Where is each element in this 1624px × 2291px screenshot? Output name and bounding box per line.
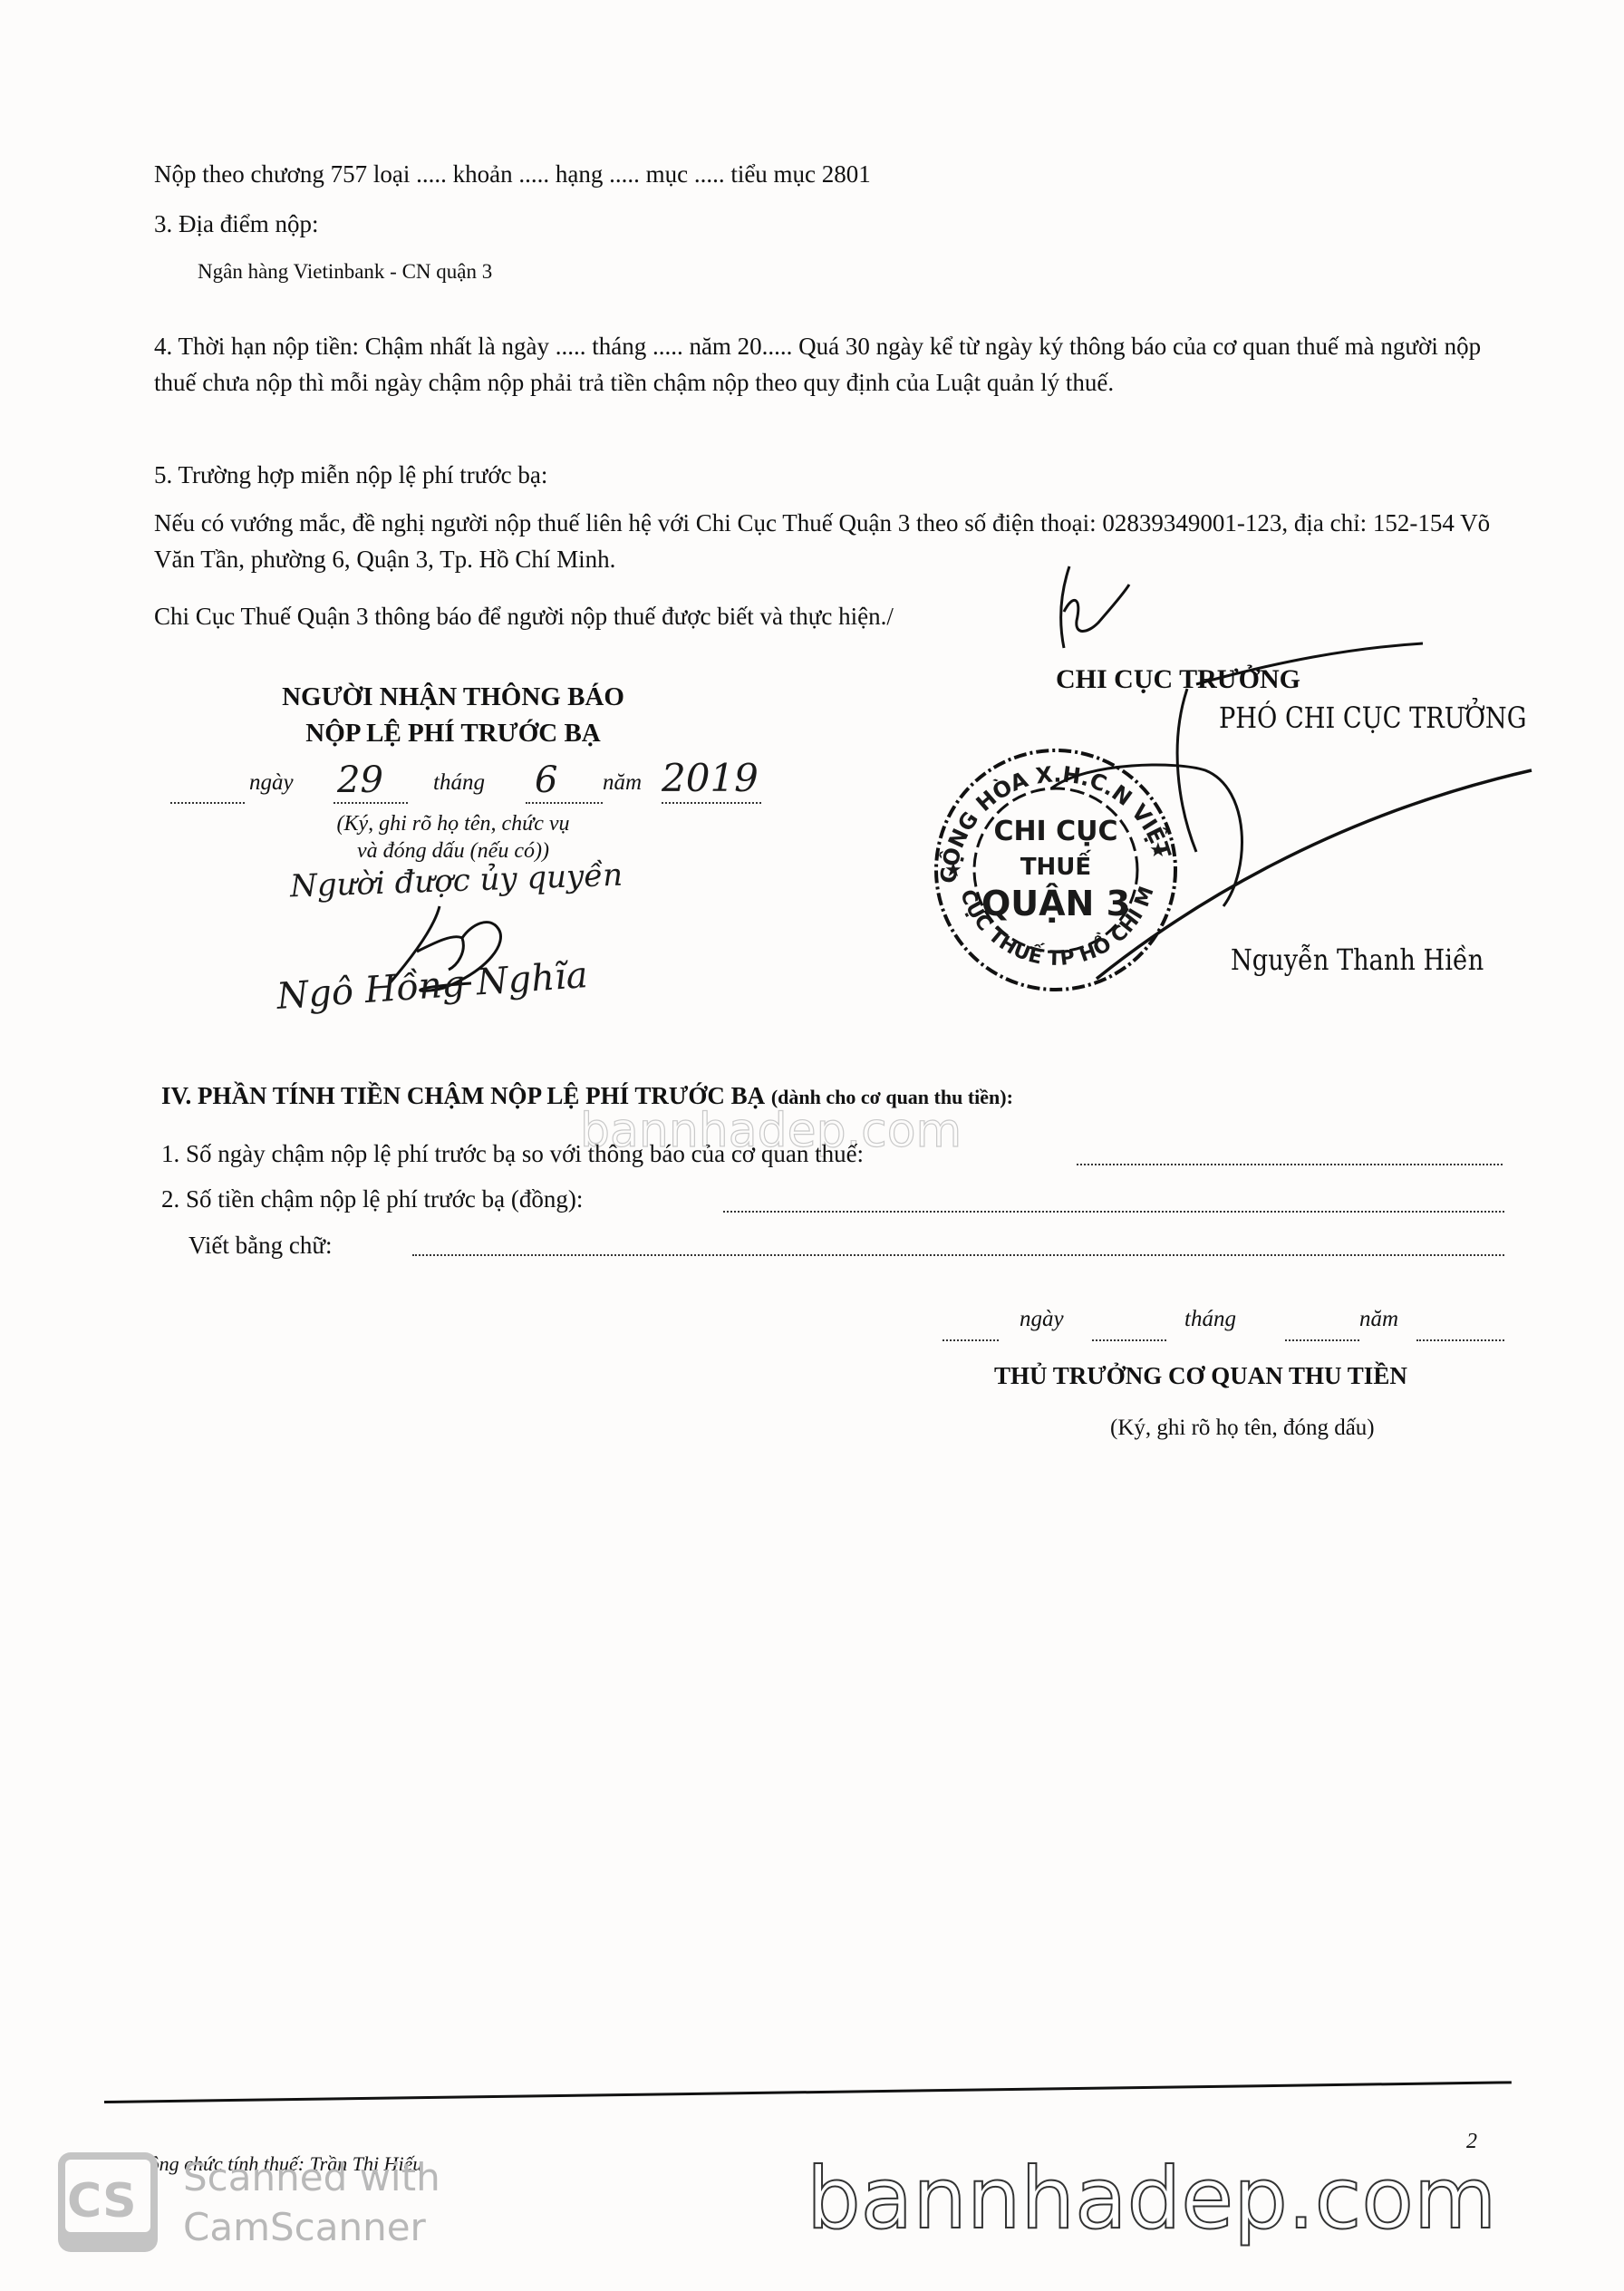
- iv-line1-field[interactable]: [1077, 1164, 1503, 1165]
- notice-text: Chi Cục Thuế Quận 3 thông báo để người n…: [154, 601, 894, 632]
- camscanner-logo: CS: [58, 2152, 158, 2252]
- iv-date-day-label: ngày: [1020, 1307, 1064, 1332]
- date-day-value: 29: [337, 759, 383, 801]
- recipient-title-2: NỘP LỆ PHÍ TRƯỚC BẠ: [217, 716, 689, 750]
- iv-line3-field[interactable]: [412, 1254, 1504, 1256]
- iv-line3-label: Viết bằng chữ:: [188, 1230, 332, 1261]
- iv-date-prefix-line[interactable]: [942, 1339, 999, 1341]
- recipient-title-1: NGƯỜI NHẬN THÔNG BÁO: [217, 680, 689, 714]
- iv-line1-label: 1. Số ngày chậm nộp lệ phí trước bạ so v…: [161, 1138, 864, 1169]
- date-month-line[interactable]: [526, 802, 603, 804]
- chapter-line: Nộp theo chương 757 loại ..... khoản ...…: [154, 159, 871, 189]
- svg-text:bannhadep.com: bannhadep.com: [807, 2150, 1496, 2247]
- iv-signer-note: (Ký, ghi rõ họ tên, đóng dấu): [1110, 1416, 1375, 1441]
- date-prefix-line: [170, 802, 245, 804]
- watermark-large: bannhadep.com: [797, 2148, 1559, 2247]
- camscanner-logo-text: CS: [67, 2174, 137, 2228]
- iv-date-month-line[interactable]: [1285, 1339, 1359, 1341]
- iv-date-month-label: tháng: [1184, 1307, 1236, 1332]
- iv-date-day-line[interactable]: [1092, 1339, 1166, 1341]
- iv-line2-field[interactable]: [723, 1211, 1504, 1213]
- item3-label: 3. Địa điểm nộp:: [154, 208, 318, 239]
- contact-text: Nếu có vướng mắc, đề nghị người nộp thuế…: [154, 505, 1522, 577]
- item3-value: Ngân hàng Vietinbank - CN quận 3: [198, 260, 492, 284]
- item5-label: 5. Trường hợp miễn nộp lệ phí trước bạ:: [154, 459, 547, 490]
- date-day-label: ngày: [249, 770, 294, 796]
- sign-note-1: (Ký, ghi rõ họ tên, chức vụ: [272, 810, 634, 837]
- date-month-value: 6: [535, 759, 557, 801]
- iv-date-year-line[interactable]: [1416, 1339, 1504, 1341]
- iv-signer-title: THỦ TRƯỞNG CƠ QUAN THU TIỀN: [994, 1362, 1407, 1390]
- iv-line2-label: 2. Số tiền chậm nộp lệ phí trước bạ (đồn…: [161, 1184, 583, 1214]
- item4-text: 4. Thời hạn nộp tiền: Chậm nhất là ngày …: [154, 328, 1504, 401]
- camscanner-line2: CamScanner: [183, 2204, 426, 2251]
- date-year-value: 2019: [662, 756, 759, 800]
- date-day-line[interactable]: [333, 802, 408, 804]
- iv-date-year-label: năm: [1359, 1307, 1398, 1332]
- date-month-label: tháng: [433, 770, 485, 796]
- date-year-label: năm: [603, 770, 642, 796]
- authority-signer-name: Nguyễn Thanh Hiền: [1231, 942, 1484, 977]
- footer-divider: [104, 2081, 1512, 2103]
- camscanner-line1: Scanned with: [183, 2154, 440, 2201]
- date-year-line[interactable]: [662, 802, 761, 804]
